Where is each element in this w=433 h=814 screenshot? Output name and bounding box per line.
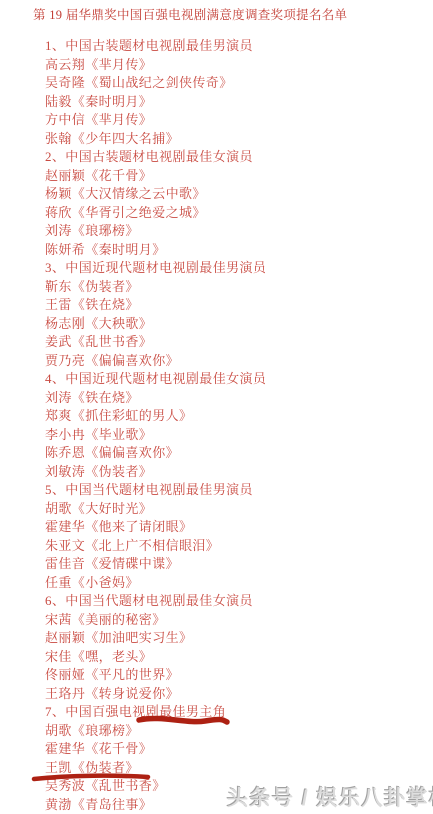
document-page: 第 19 届华鼎奖中国百强电视剧满意度调查奖项提名名单 1、中国古装题材电视剧最… [0, 0, 433, 814]
nomination-entry: 李小冉《毕业歌》 [45, 426, 425, 445]
nomination-entry: 赵丽颖《花千骨》 [45, 167, 425, 186]
nomination-entry: 方中信《芈月传》 [45, 111, 425, 130]
section-heading: 1、中国古装题材电视剧最佳男演员 [45, 37, 425, 56]
nomination-entry: 刘敏涛《伪装者》 [45, 463, 425, 482]
nomination-entry: 任重《小爸妈》 [45, 574, 425, 593]
nomination-entry: 贾乃亮《偏偏喜欢你》 [45, 352, 425, 371]
nomination-entry: 蒋欣《华胥引之绝爱之城》 [45, 204, 425, 223]
nomination-entry: 赵丽颖《加油吧实习生》 [45, 629, 425, 648]
nomination-entry: 高云翔《芈月传》 [45, 56, 425, 75]
nomination-entry: 杨志刚《大秧歌》 [45, 315, 425, 334]
nomination-entry: 雷佳音《爱情碟中谍》 [45, 555, 425, 574]
nomination-entry: 靳东《伪装者》 [45, 278, 425, 297]
section-heading: 3、中国近现代题材电视剧最佳男演员 [45, 259, 425, 278]
nomination-entry: 霍建华《花千骨》 [45, 740, 425, 759]
section-heading: 7、中国百强电视剧最佳男主角 [45, 703, 425, 722]
nomination-entry: 郑爽《抓住彩虹的男人》 [45, 407, 425, 426]
nomination-entry: 朱亚文《北上广不相信眼泪》 [45, 537, 425, 556]
nomination-entry: 王珞丹《转身说爱你》 [45, 685, 425, 704]
nomination-entry: 吴奇隆《蜀山战纪之剑侠传奇》 [45, 74, 425, 93]
nomination-entry: 陆毅《秦时明月》 [45, 93, 425, 112]
nomination-entry: 宋茜《美丽的秘密》 [45, 611, 425, 630]
nomination-entry: 王凯《伪装者》 [45, 759, 425, 778]
section-heading: 4、中国近现代题材电视剧最佳女演员 [45, 370, 425, 389]
nomination-entry: 杨颖《大汉情缘之云中歌》 [45, 185, 425, 204]
nomination-entry: 胡歌《琅琊榜》 [45, 722, 425, 741]
section-heading: 6、中国当代题材电视剧最佳女演员 [45, 592, 425, 611]
nomination-entry: 刘涛《铁在烧》 [45, 389, 425, 408]
nomination-entry: 宋佳《嘿，老头》 [45, 648, 425, 667]
nomination-entry: 姜武《乱世书香》 [45, 333, 425, 352]
nomination-entry: 陈乔恩《偏偏喜欢你》 [45, 444, 425, 463]
watermark: 头条号 / 娱乐八卦掌柜 [227, 782, 433, 812]
section-heading: 2、中国古装题材电视剧最佳女演员 [45, 148, 425, 167]
nomination-entry: 陈妍希《秦时明月》 [45, 241, 425, 260]
nomination-entry: 胡歌《大好时光》 [45, 500, 425, 519]
nomination-entry: 霍建华《他来了请闭眼》 [45, 518, 425, 537]
nomination-list: 1、中国古装题材电视剧最佳男演员高云翔《芈月传》吴奇隆《蜀山战纪之剑侠传奇》陆毅… [45, 37, 425, 814]
nomination-entry: 佟丽娅《平凡的世界》 [45, 666, 425, 685]
section-heading: 5、中国当代题材电视剧最佳男演员 [45, 481, 425, 500]
nomination-entry: 王雷《铁在烧》 [45, 296, 425, 315]
nomination-entry: 张翰《少年四大名捕》 [45, 130, 425, 149]
page-title: 第 19 届华鼎奖中国百强电视剧满意度调查奖项提名名单 [33, 8, 347, 23]
nomination-entry: 刘涛《琅琊榜》 [45, 222, 425, 241]
